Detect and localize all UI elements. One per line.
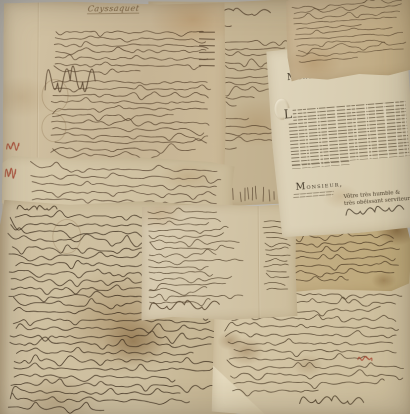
document-manuscript-center-list <box>140 203 297 320</box>
handwriting-ink <box>283 0 410 82</box>
photo-of-documents: Cayssaquet Monsieur, L Monsieur, Vôtre t… <box>0 0 410 414</box>
document-manuscript-fragment-top-right <box>283 0 410 82</box>
handwriting-ink <box>140 203 297 320</box>
